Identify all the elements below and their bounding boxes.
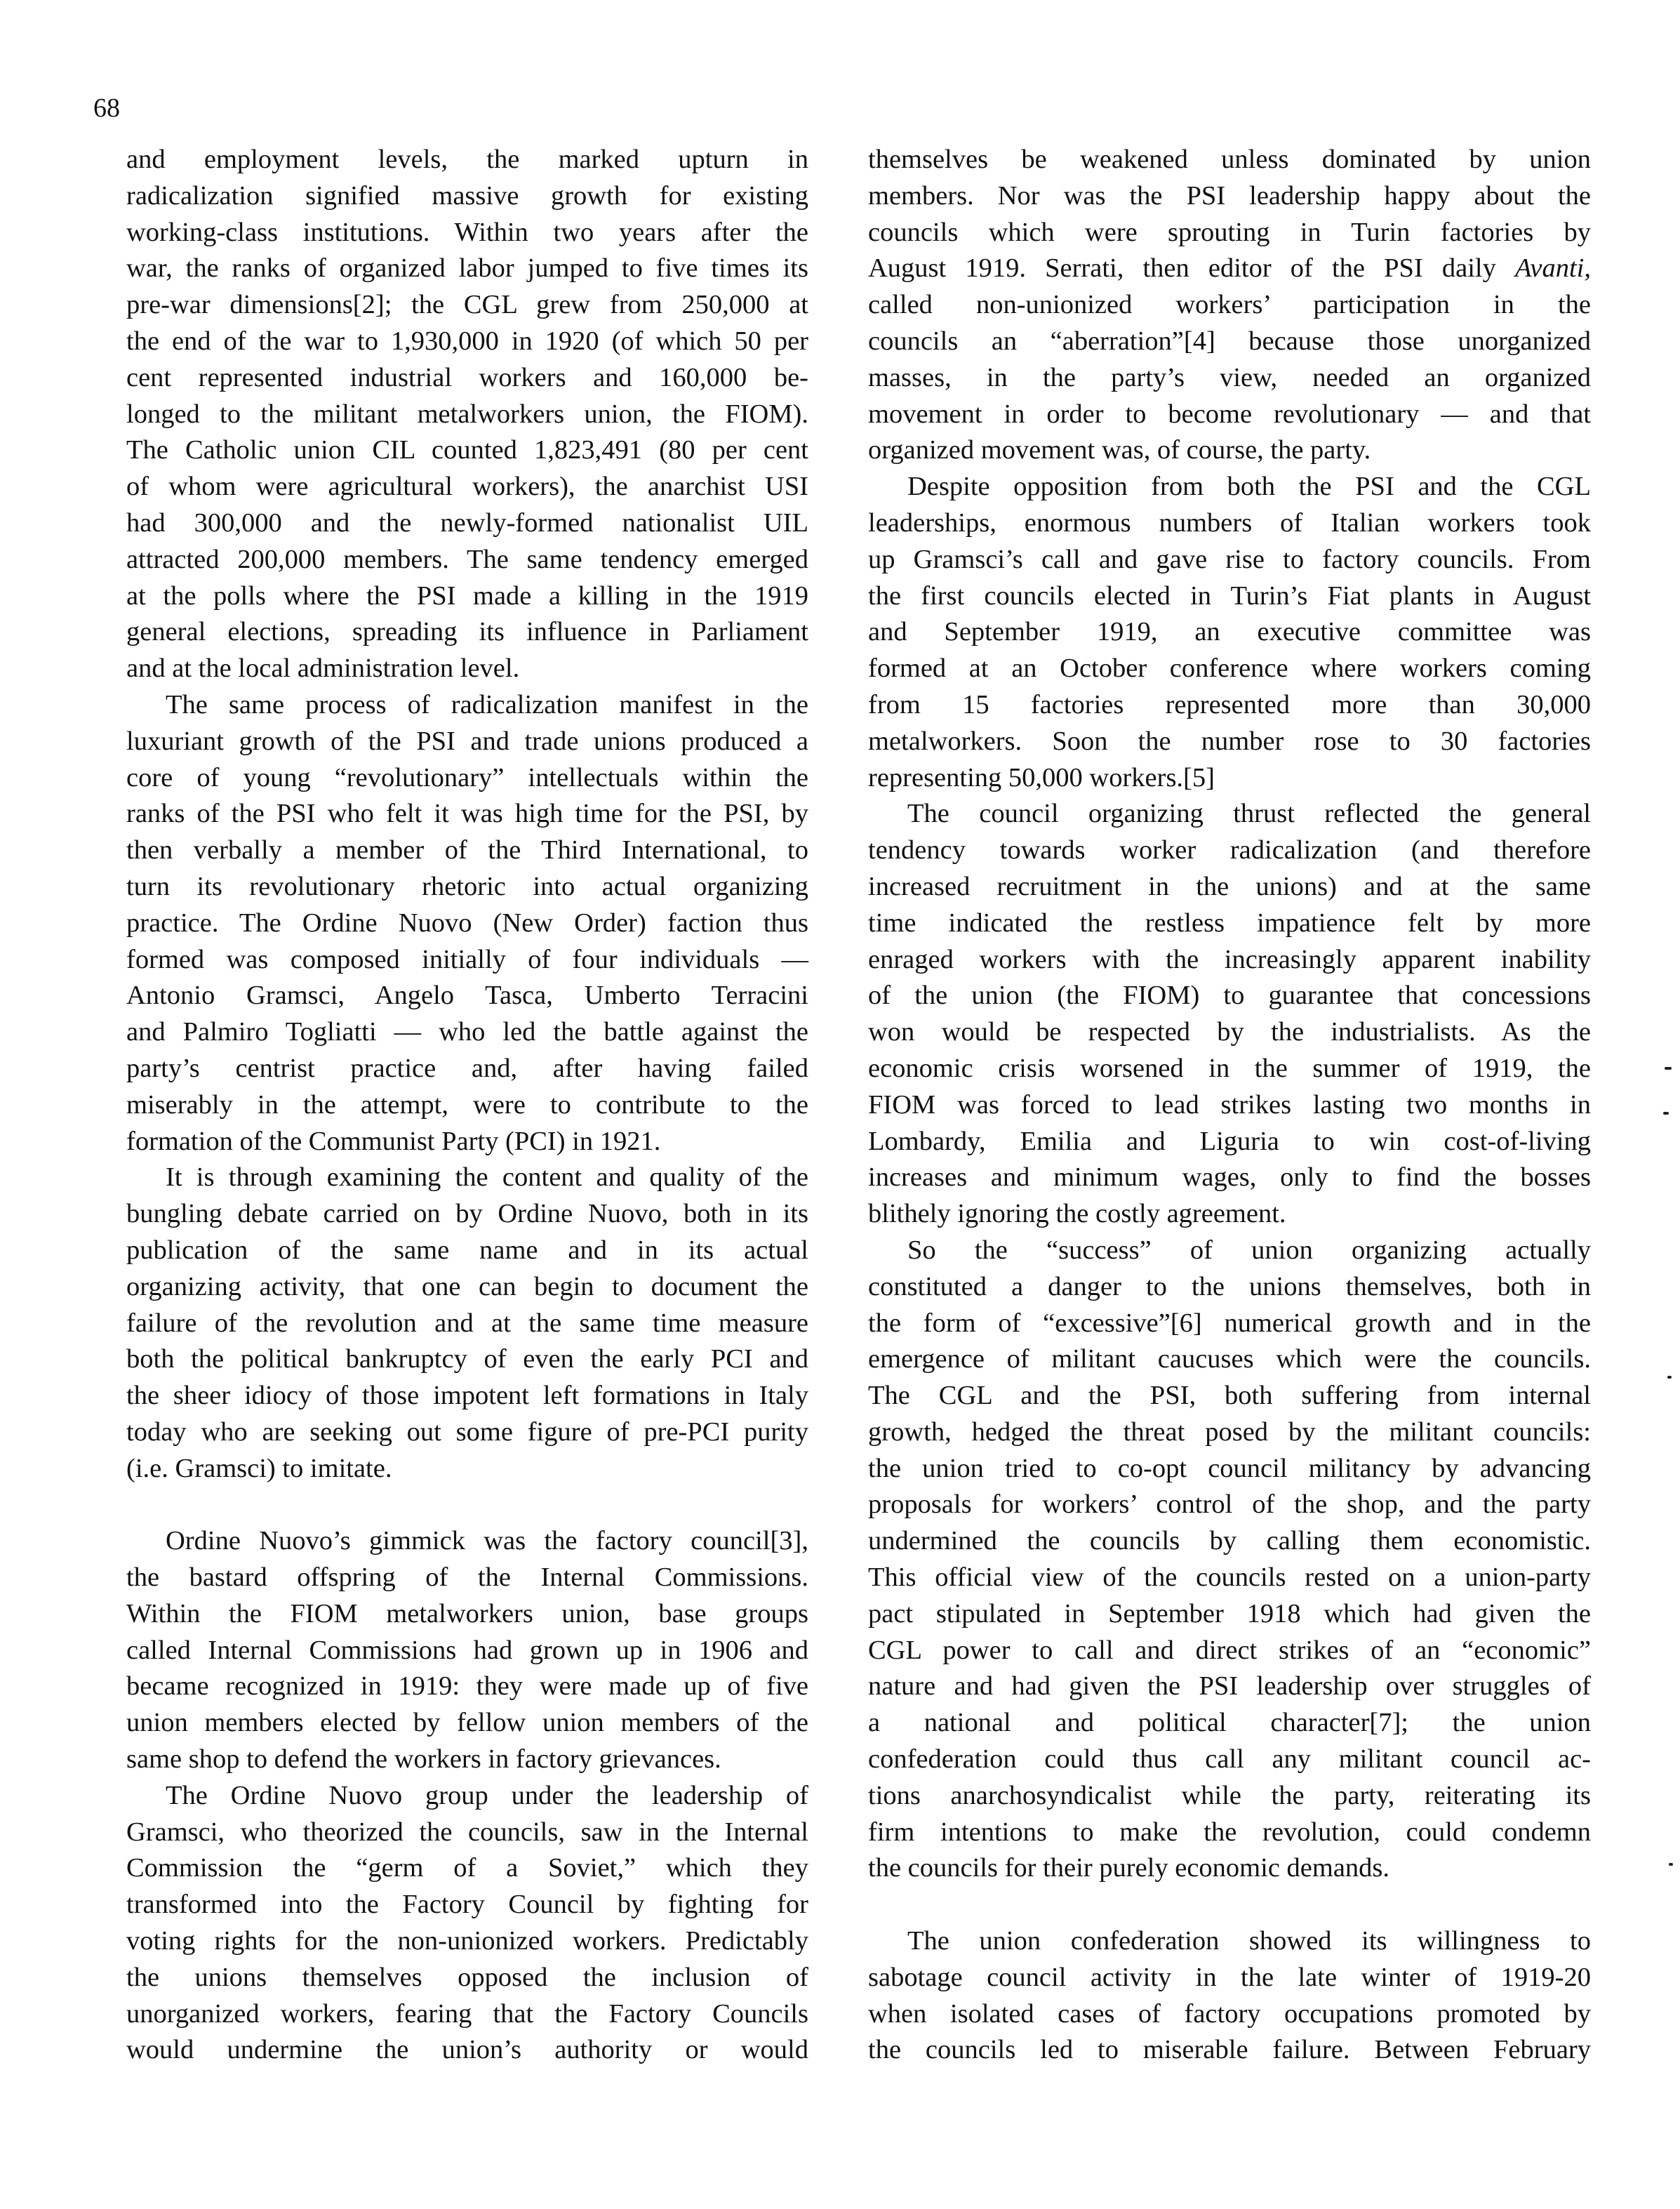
text-line: practice. The Ordine Nuovo (New Order) f…	[126, 906, 808, 942]
text-line: the union tried to co-opt council milita…	[868, 1451, 1591, 1487]
text-line: working-class institutions. Within two y…	[126, 215, 808, 251]
text-line: at the polls where the PSI made a killin…	[126, 578, 808, 615]
text-line: time indicated the restless impatience f…	[868, 906, 1591, 942]
text-line: metalworkers. Soon the number rose to 30…	[868, 724, 1591, 760]
text-line: union members elected by fellow union me…	[126, 1705, 808, 1742]
text-line: voting rights for the non-unionized work…	[126, 1923, 808, 1960]
text-line: The Ordine Nuovo group under the leaders…	[126, 1778, 808, 1815]
text-line: So the “success” of union organizing act…	[868, 1233, 1591, 1269]
text-line: unorganized workers, fearing that the Fa…	[126, 1996, 808, 2033]
text-line: The council organizing thrust reflected …	[868, 796, 1591, 832]
text-line: enraged workers with the increasingly ap…	[868, 942, 1591, 979]
paragraph: Ordine Nuovo’s gimmick was the factory c…	[126, 1523, 808, 1778]
text-line: emergence of militant caucuses which wer…	[868, 1341, 1591, 1378]
text-line: and Palmiro Togliatti — who led the batt…	[126, 1014, 808, 1051]
text-line: bungling debate carried on by Ordine Nuo…	[126, 1196, 808, 1233]
text-line: constituted a danger to the unions thems…	[868, 1269, 1591, 1306]
text-line: then verbally a member of the Third Inte…	[126, 832, 808, 869]
left-column: and employment levels, the marked upturn…	[126, 142, 808, 2069]
text-line: the councils for their purely economic d…	[868, 1850, 1591, 1887]
text-line: movement in order to become revolutionar…	[868, 397, 1591, 433]
text-line: from 15 factories represented more than …	[868, 687, 1591, 724]
text-line: the councils led to miserable failure. B…	[868, 2032, 1591, 2069]
text-line: and employment levels, the marked upturn…	[126, 142, 808, 178]
text-line: This official view of the councils reste…	[868, 1560, 1591, 1596]
text-line: undermined the councils by calling them …	[868, 1523, 1591, 1560]
text-line: (i.e. Gramsci) to imitate.	[126, 1451, 808, 1487]
paragraph: So the “success” of union organizing act…	[868, 1233, 1591, 1887]
text-line: miserably in the attempt, were to contri…	[126, 1087, 808, 1124]
paragraph: The union confederation showed its willi…	[868, 1923, 1591, 2069]
text-line: The Catholic union CIL counted 1,823,491…	[126, 432, 808, 469]
text-line: the unions themselves opposed the inclus…	[126, 1960, 808, 1996]
text-line: tendency towards worker radicalization (…	[868, 832, 1591, 869]
text-line: blithely ignoring the costly agreement.	[868, 1196, 1591, 1233]
paragraph: The Ordine Nuovo group under the leaders…	[126, 1778, 808, 2069]
text-line: became recognized in 1919: they were mad…	[126, 1669, 808, 1705]
text-line: core of young “revolutionary” intellectu…	[126, 760, 808, 797]
paragraph: The council organizing thrust reflected …	[868, 796, 1591, 1233]
text-line: increases and minimum wages, only to fin…	[868, 1160, 1591, 1196]
text-line: The union confederation showed its willi…	[868, 1923, 1591, 1960]
text-line: Lombardy, Emilia and Liguria to win cost…	[868, 1124, 1591, 1160]
text-line: both the political bankruptcy of even th…	[126, 1341, 808, 1378]
text-line: general elections, spreading its influen…	[126, 614, 808, 651]
paragraph: The same process of radicalization manif…	[126, 687, 808, 1160]
text-line: called Internal Commissions had grown up…	[126, 1633, 808, 1669]
text-line: pact stipulated in September 1918 which …	[868, 1596, 1591, 1633]
paragraph: and employment levels, the marked upturn…	[126, 142, 808, 687]
text-line: the sheer idiocy of those impotent left …	[126, 1378, 808, 1414]
text-line: themselves be weakened unless dominated …	[868, 142, 1591, 178]
paragraph: It is through examining the content and …	[126, 1160, 808, 1487]
text-line: same shop to defend the workers in facto…	[126, 1742, 808, 1778]
text-line: cent represented industrial workers and …	[126, 360, 808, 397]
text-line: August 1919. Serrati, then editor of the…	[868, 251, 1591, 287]
text-line: had 300,000 and the newly-formed nationa…	[126, 505, 808, 542]
text-line: publication of the same name and in its …	[126, 1233, 808, 1269]
text-line: up Gramsci’s call and gave rise to facto…	[868, 542, 1591, 578]
scan-speck	[1665, 1067, 1672, 1070]
text-line: luxuriant growth of the PSI and trade un…	[126, 724, 808, 760]
text-line: transformed into the Factory Council by …	[126, 1887, 808, 1923]
paragraph: themselves be weakened unless dominated …	[868, 142, 1591, 469]
text-line: called non-unionized workers’ participat…	[868, 287, 1591, 324]
text-line: firm intentions to make the revolution, …	[868, 1815, 1591, 1851]
text-line: radicalization signified massive growth …	[126, 178, 808, 215]
text-line: pre-war dimensions[2]; the CGL grew from…	[126, 287, 808, 324]
text-line: of whom were agricultural workers), the …	[126, 469, 808, 505]
right-column: themselves be weakened unless dominated …	[868, 142, 1591, 2069]
text-line: won would be respected by the industrial…	[868, 1014, 1591, 1051]
text-line: Antonio Gramsci, Angelo Tasca, Umberto T…	[126, 978, 808, 1014]
text-line: would undermine the union’s authority or…	[126, 2032, 808, 2069]
text-line: FIOM was forced to lead strikes lasting …	[868, 1087, 1591, 1124]
text-line: representing 50,000 workers.[5]	[868, 760, 1591, 797]
text-line: formation of the Communist Party (PCI) i…	[126, 1124, 808, 1160]
text-line: of the union (the FIOM) to guarantee tha…	[868, 978, 1591, 1014]
text-line: war, the ranks of organized labor jumped…	[126, 251, 808, 287]
text-line: Gramsci, who theorized the councils, saw…	[126, 1815, 808, 1851]
text-line: attracted 200,000 members. The same tend…	[126, 542, 808, 578]
text-line: confederation could thus call any milita…	[868, 1742, 1591, 1778]
text-line: increased recruitment in the unions) and…	[868, 869, 1591, 906]
text-line: proposals for workers’ control of the sh…	[868, 1487, 1591, 1523]
page-number: 68	[93, 93, 120, 124]
text-line: the bastard offspring of the Internal Co…	[126, 1560, 808, 1596]
text-line: CGL power to call and direct strikes of …	[868, 1633, 1591, 1669]
text-line: failure of the revolution and at the sam…	[126, 1306, 808, 1342]
text-line: longed to the militant metalworkers unio…	[126, 397, 808, 433]
text-line: formed was composed initially of four in…	[126, 942, 808, 979]
text-line: a national and political character[7]; t…	[868, 1705, 1591, 1742]
text-line: formed at an October conference where wo…	[868, 651, 1591, 687]
text-line: members. Nor was the PSI leadership happ…	[868, 178, 1591, 215]
text-line: organizing activity, that one can begin …	[126, 1269, 808, 1306]
text-line: turn its revolutionary rhetoric into act…	[126, 869, 808, 906]
text-line: the end of the war to 1,930,000 in 1920 …	[126, 324, 808, 360]
text-line: councils an “aberration”[4] because thos…	[868, 324, 1591, 360]
text-line: organized movement was, of course, the p…	[868, 432, 1591, 469]
text-line: leaderships, enormous numbers of Italian…	[868, 505, 1591, 542]
text-line: the form of “excessive”[6] numerical gro…	[868, 1306, 1591, 1342]
text-line: and September 1919, an executive committ…	[868, 614, 1591, 651]
text-line: Ordine Nuovo’s gimmick was the factory c…	[126, 1523, 808, 1560]
text-line: It is through examining the content and …	[126, 1160, 808, 1196]
text-line: Commission the “germ of a Soviet,” which…	[126, 1850, 808, 1887]
text-line: when isolated cases of factory occupatio…	[868, 1996, 1591, 2033]
text-line: party’s centrist practice and, after hav…	[126, 1051, 808, 1087]
scan-speck	[1669, 1863, 1673, 1866]
text-line: the first councils elected in Turin’s Fi…	[868, 578, 1591, 615]
text-line: Despite opposition from both the PSI and…	[868, 469, 1591, 505]
scan-speck	[1663, 1112, 1669, 1115]
text-line: The same process of radicalization manif…	[126, 687, 808, 724]
text-line: growth, hedged the threat posed by the m…	[868, 1414, 1591, 1451]
text-line: ranks of the PSI who felt it was high ti…	[126, 796, 808, 832]
text-line: sabotage council activity in the late wi…	[868, 1960, 1591, 1996]
text-line: economic crisis worsened in the summer o…	[868, 1051, 1591, 1087]
text-line: today who are seeking out some figure of…	[126, 1414, 808, 1451]
text-line: nature and had given the PSI leadership …	[868, 1669, 1591, 1705]
text-line: Within the FIOM metalworkers union, base…	[126, 1596, 808, 1633]
text-line: tions anarchosyndicalist while the party…	[868, 1778, 1591, 1815]
paragraph: Despite opposition from both the PSI and…	[868, 469, 1591, 796]
text-line: The CGL and the PSI, both suffering from…	[868, 1378, 1591, 1414]
text-line: councils which were sprouting in Turin f…	[868, 215, 1591, 251]
text-line: and at the local administration level.	[126, 651, 808, 687]
text-line: masses, in the party’s view, needed an o…	[868, 360, 1591, 397]
